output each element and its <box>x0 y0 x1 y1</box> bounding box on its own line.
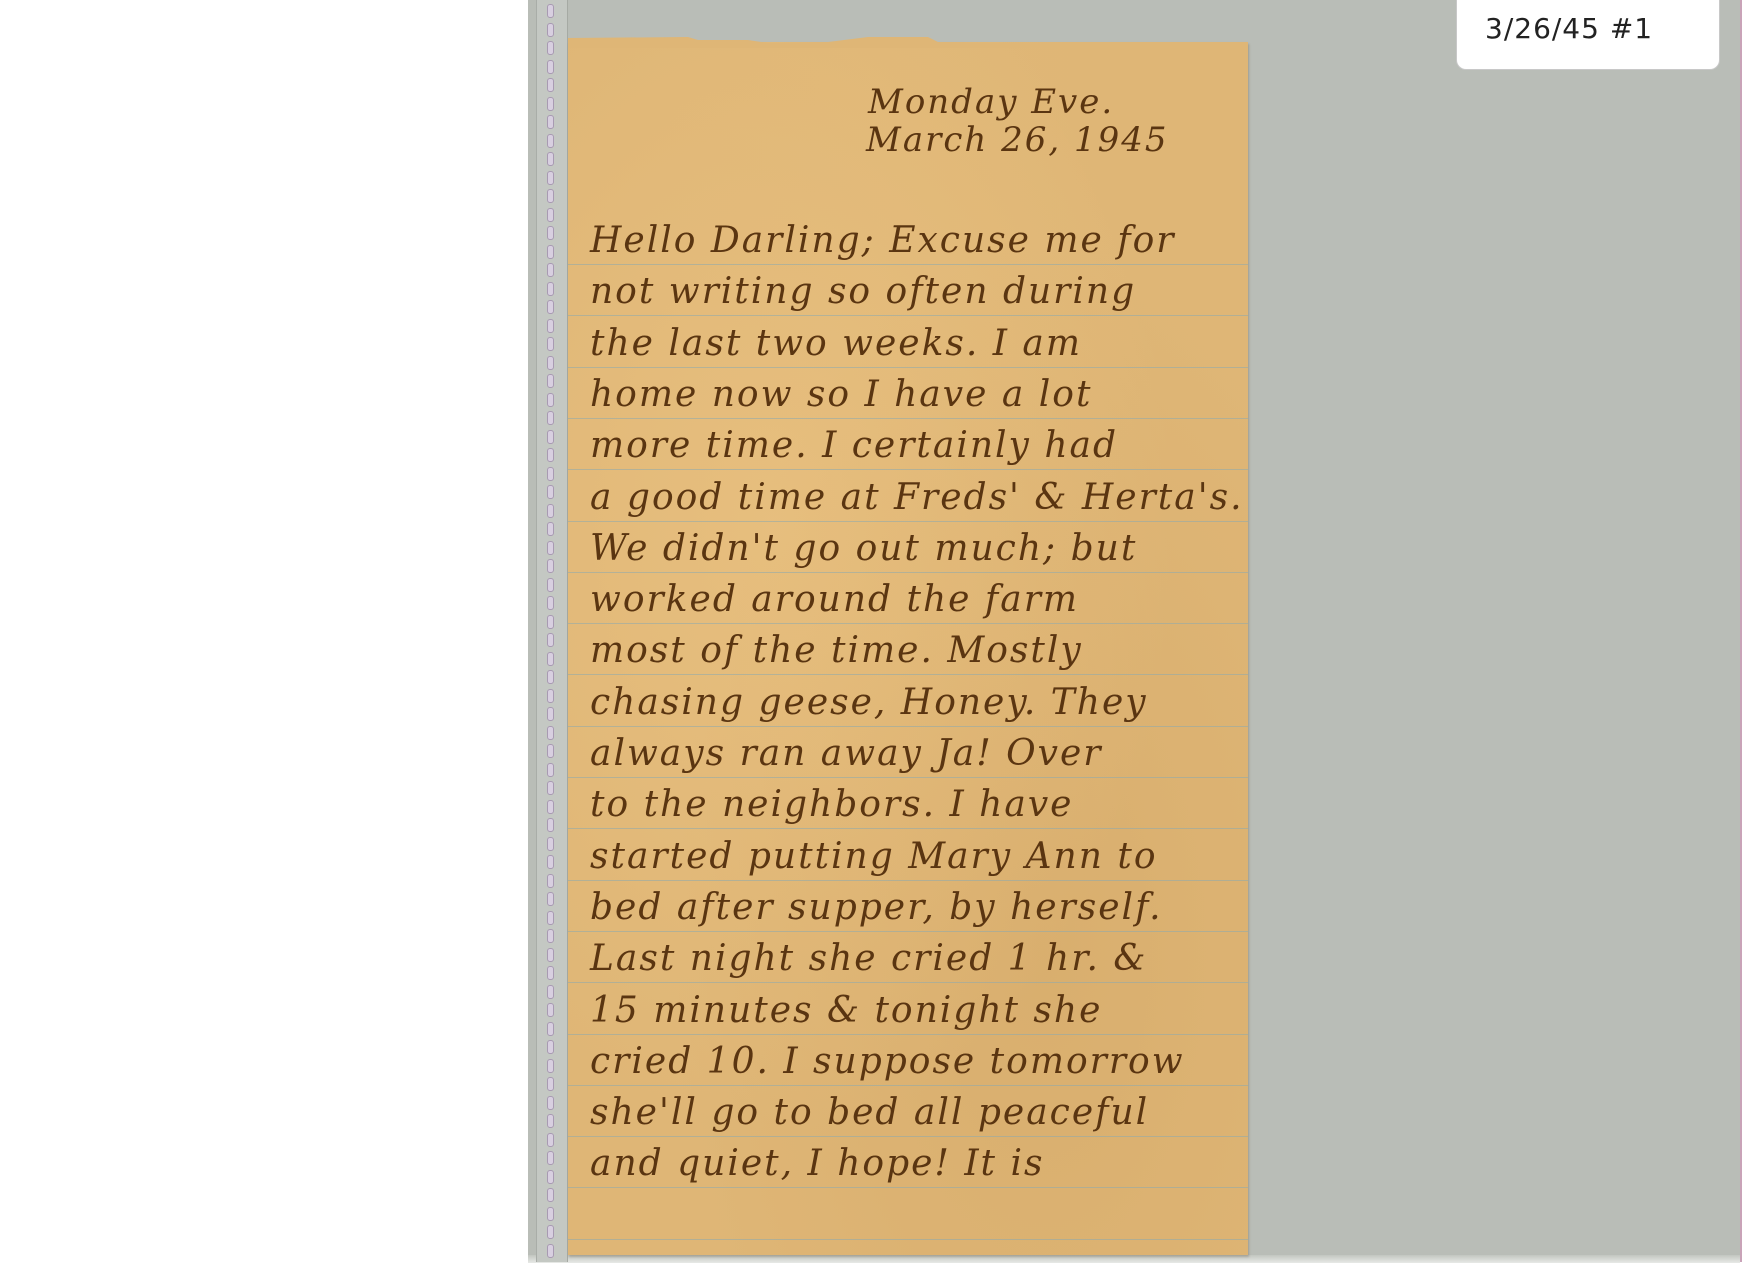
letter-line: bed after supper, by herself. <box>590 887 1163 928</box>
ruled-line <box>568 469 1248 470</box>
ruled-line <box>568 367 1248 368</box>
perforation-hole <box>547 929 554 943</box>
perforation-hole <box>547 282 554 296</box>
perforation-hole <box>547 97 554 111</box>
perforation-hole <box>547 60 554 74</box>
perforation-hole <box>547 1151 554 1165</box>
perforation-hole <box>547 1188 554 1202</box>
perforation-hole <box>547 1059 554 1073</box>
perforation-hole <box>547 726 554 740</box>
perforation-hole <box>547 800 554 814</box>
perforation-hole <box>547 356 554 370</box>
letter-line: 15 minutes & tonight she <box>590 990 1102 1031</box>
perforation-hole <box>547 985 554 999</box>
letter-day: Monday Eve. <box>868 82 1114 122</box>
ruled-line <box>568 521 1248 522</box>
perforation-hole <box>547 615 554 629</box>
perforation-hole <box>547 763 554 777</box>
letter-line: most of the time. Mostly <box>590 630 1083 671</box>
ruled-line <box>568 828 1248 829</box>
letter-line: the last two weeks. I am <box>590 323 1082 364</box>
perforation-hole <box>547 1003 554 1017</box>
perforation-hole <box>547 966 554 980</box>
perforation-hole <box>547 633 554 647</box>
perforation-hole <box>547 1170 554 1184</box>
perforation-hole <box>547 1244 554 1258</box>
ruled-line <box>568 1187 1248 1188</box>
archive-date-label: 3/26/45 #1 <box>1456 0 1720 70</box>
ruled-line <box>568 623 1248 624</box>
perforation-hole <box>547 837 554 851</box>
ruled-line <box>568 777 1248 778</box>
perforation-hole <box>547 23 554 37</box>
perforation-hole <box>547 855 554 869</box>
perforation-hole <box>547 596 554 610</box>
perforation-hole <box>547 189 554 203</box>
perforation-hole <box>547 41 554 55</box>
perforation-hole <box>547 152 554 166</box>
perforation-hole <box>547 874 554 888</box>
ruled-line <box>568 418 1248 419</box>
ruled-line <box>568 1034 1248 1035</box>
perforation-hole <box>547 1207 554 1221</box>
perforation-hole <box>547 522 554 536</box>
letter-line: home now so I have a lot <box>590 374 1092 415</box>
letter-date: March 26, 1945 <box>866 120 1169 160</box>
ruled-line <box>568 880 1248 881</box>
letter-line: she'll go to bed all peaceful <box>590 1092 1149 1133</box>
ruled-line <box>568 1085 1248 1086</box>
letter-line: always ran away Ja! Over <box>590 733 1103 774</box>
perforation-hole <box>547 744 554 758</box>
perforation-hole <box>547 171 554 185</box>
perforation-hole <box>547 652 554 666</box>
perforation-hole <box>547 781 554 795</box>
perforation-hole <box>547 4 554 18</box>
perforation-hole <box>547 485 554 499</box>
letter-line: cried 10. I suppose tomorrow <box>590 1041 1185 1082</box>
perforation-hole <box>547 245 554 259</box>
ruled-line <box>568 572 1248 573</box>
perforation-hole <box>547 1040 554 1054</box>
perforation-hole <box>547 578 554 592</box>
perforation-hole <box>547 374 554 388</box>
perforation-hole <box>547 208 554 222</box>
perforation-hole <box>547 559 554 573</box>
perforation-hole <box>547 337 554 351</box>
perforation-hole <box>547 818 554 832</box>
ruled-line <box>568 982 1248 983</box>
letter-line: We didn't go out much; but <box>590 528 1137 569</box>
perforation-hole <box>547 467 554 481</box>
letter-line: more time. I certainly had <box>590 425 1118 466</box>
letter-line: started putting Mary Ann to <box>590 836 1158 877</box>
perforation-hole <box>547 1022 554 1036</box>
perforation-hole <box>547 448 554 462</box>
perforation-hole <box>547 541 554 555</box>
letter-line: worked around the farm <box>590 579 1079 620</box>
perforation-hole <box>547 948 554 962</box>
perforation-hole <box>547 78 554 92</box>
ruled-line <box>568 264 1248 265</box>
letter-line: Last night she cried 1 hr. & <box>590 938 1147 979</box>
binder-perforation-strip <box>536 0 568 1262</box>
perforation-hole <box>547 1077 554 1091</box>
perforation-hole <box>547 1225 554 1239</box>
perforation-hole <box>547 1114 554 1128</box>
perforation-hole <box>547 115 554 129</box>
perforation-hole <box>547 1133 554 1147</box>
perforation-hole <box>547 411 554 425</box>
perforation-hole <box>547 300 554 314</box>
perforation-hole <box>547 911 554 925</box>
ruled-line <box>568 674 1248 675</box>
letter-line: a good time at Freds' & Herta's. <box>590 477 1244 518</box>
letter-line: to the neighbors. I have <box>590 784 1073 825</box>
perforation-hole <box>547 393 554 407</box>
perforation-hole <box>547 319 554 333</box>
perforation-hole <box>547 1096 554 1110</box>
ruled-line <box>568 726 1248 727</box>
perforation-hole <box>547 134 554 148</box>
letter-page: Monday Eve. March 26, 1945 Hello Darling… <box>568 42 1248 1255</box>
torn-edge <box>568 34 1248 48</box>
perforation-hole <box>547 689 554 703</box>
perforation-hole <box>547 707 554 721</box>
ruled-line <box>568 1136 1248 1137</box>
perforation-hole <box>547 263 554 277</box>
ruled-line <box>568 1239 1248 1240</box>
ruled-line <box>568 931 1248 932</box>
sleeve-bottom-edge <box>528 1255 1740 1263</box>
letter-line: Hello Darling; Excuse me for <box>590 220 1175 261</box>
letter-line: and quiet, I hope! It is <box>590 1143 1044 1184</box>
perforation-hole <box>547 504 554 518</box>
letter-line: not writing so often during <box>590 271 1136 312</box>
archive-label-text: 3/26/45 #1 <box>1485 12 1653 45</box>
ruled-line <box>568 315 1248 316</box>
perforation-hole <box>547 670 554 684</box>
perforation-hole <box>547 430 554 444</box>
perforation-hole <box>547 892 554 906</box>
letter-line: chasing geese, Honey. They <box>590 682 1148 723</box>
perforation-hole <box>547 226 554 240</box>
